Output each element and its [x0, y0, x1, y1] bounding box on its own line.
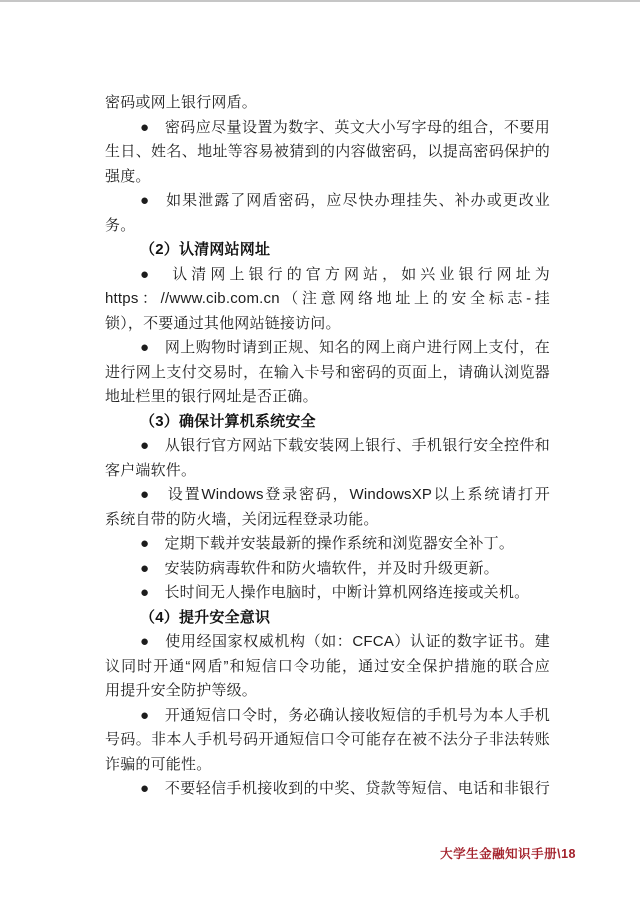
bullet-line: ● 长时间无人操作电脑时，中断计算机网络连接或关机。 — [105, 581, 550, 606]
page-footer: 大学生金融知识手册\18 — [440, 844, 576, 862]
section-heading-2: （2）认清网站网址 — [105, 238, 550, 263]
text-line: 用提升安全防护等级。 — [105, 679, 550, 704]
section-heading-4: （4）提升安全意识 — [105, 606, 550, 631]
page-top-edge — [0, 0, 640, 2]
bullet-line: ● 如果泄露了网盾密码，应尽快办理挂失、补办或更改业 — [105, 189, 550, 214]
bullet-line: ● 开通短信口令时，务必确认接收短信的手机号为本人手机 — [105, 704, 550, 729]
bullet-line: ● 不要轻信手机接收到的中奖、贷款等短信、电话和非银行 — [105, 777, 550, 802]
text-line: 系统自带的防火墙，关闭远程登录功能。 — [105, 508, 550, 533]
section-heading-3: （3）确保计算机系统安全 — [105, 410, 550, 435]
text-line: 强度。 — [105, 165, 550, 190]
text-line: 密码或网上银行网盾。 — [105, 91, 550, 116]
bullet-line: ● 网上购物时请到正规、知名的网上商户进行网上支付，在 — [105, 336, 550, 361]
bullet-line: ● 密码应尽量设置为数字、英文大小写字母的组合，不要用 — [105, 116, 550, 141]
text-line: 客户端软件。 — [105, 459, 550, 484]
text-line: 锁），不要通过其他网站链接访问。 — [105, 312, 550, 337]
bullet-line: ● 安装防病毒软件和防火墙软件，并及时升级更新。 — [105, 557, 550, 582]
text-line: 进行网上支付交易时，在输入卡号和密码的页面上，请确认浏览器 — [105, 361, 550, 386]
text-line: 号码。非本人手机号码开通短信口令可能存在被不法分子非法转账 — [105, 728, 550, 753]
page-body-text: 密码或网上银行网盾。 ● 密码应尽量设置为数字、英文大小写字母的组合，不要用 生… — [105, 91, 550, 802]
text-line: 务。 — [105, 214, 550, 239]
text-line: 诈骗的可能性。 — [105, 753, 550, 778]
bullet-line: ● 使用经国家权威机构（如：CFCA）认证的数字证书。建 — [105, 630, 550, 655]
bullet-line: ● 定期下载并安装最新的操作系统和浏览器安全补丁。 — [105, 532, 550, 557]
bullet-line: ● 设置Windows登录密码，WindowsXP以上系统请打开 — [105, 483, 550, 508]
bullet-line: ● 从银行官方网站下载安装网上银行、手机银行安全控件和 — [105, 434, 550, 459]
document-page: 密码或网上银行网盾。 ● 密码应尽量设置为数字、英文大小写字母的组合，不要用 生… — [0, 0, 640, 898]
text-line-url: https：//www.cib.com.cn（注意网络地址上的安全标志-挂 — [105, 287, 550, 312]
text-line: 生日、姓名、地址等容易被猜到的内容做密码，以提高密码保护的 — [105, 140, 550, 165]
bullet-line: ● 认清网上银行的官方网站，如兴业银行网址为 — [105, 263, 550, 288]
text-line: 议同时开通“网盾”和短信口令功能，通过安全保护措施的联合应 — [105, 655, 550, 680]
text-line: 地址栏里的银行网址是否正确。 — [105, 385, 550, 410]
